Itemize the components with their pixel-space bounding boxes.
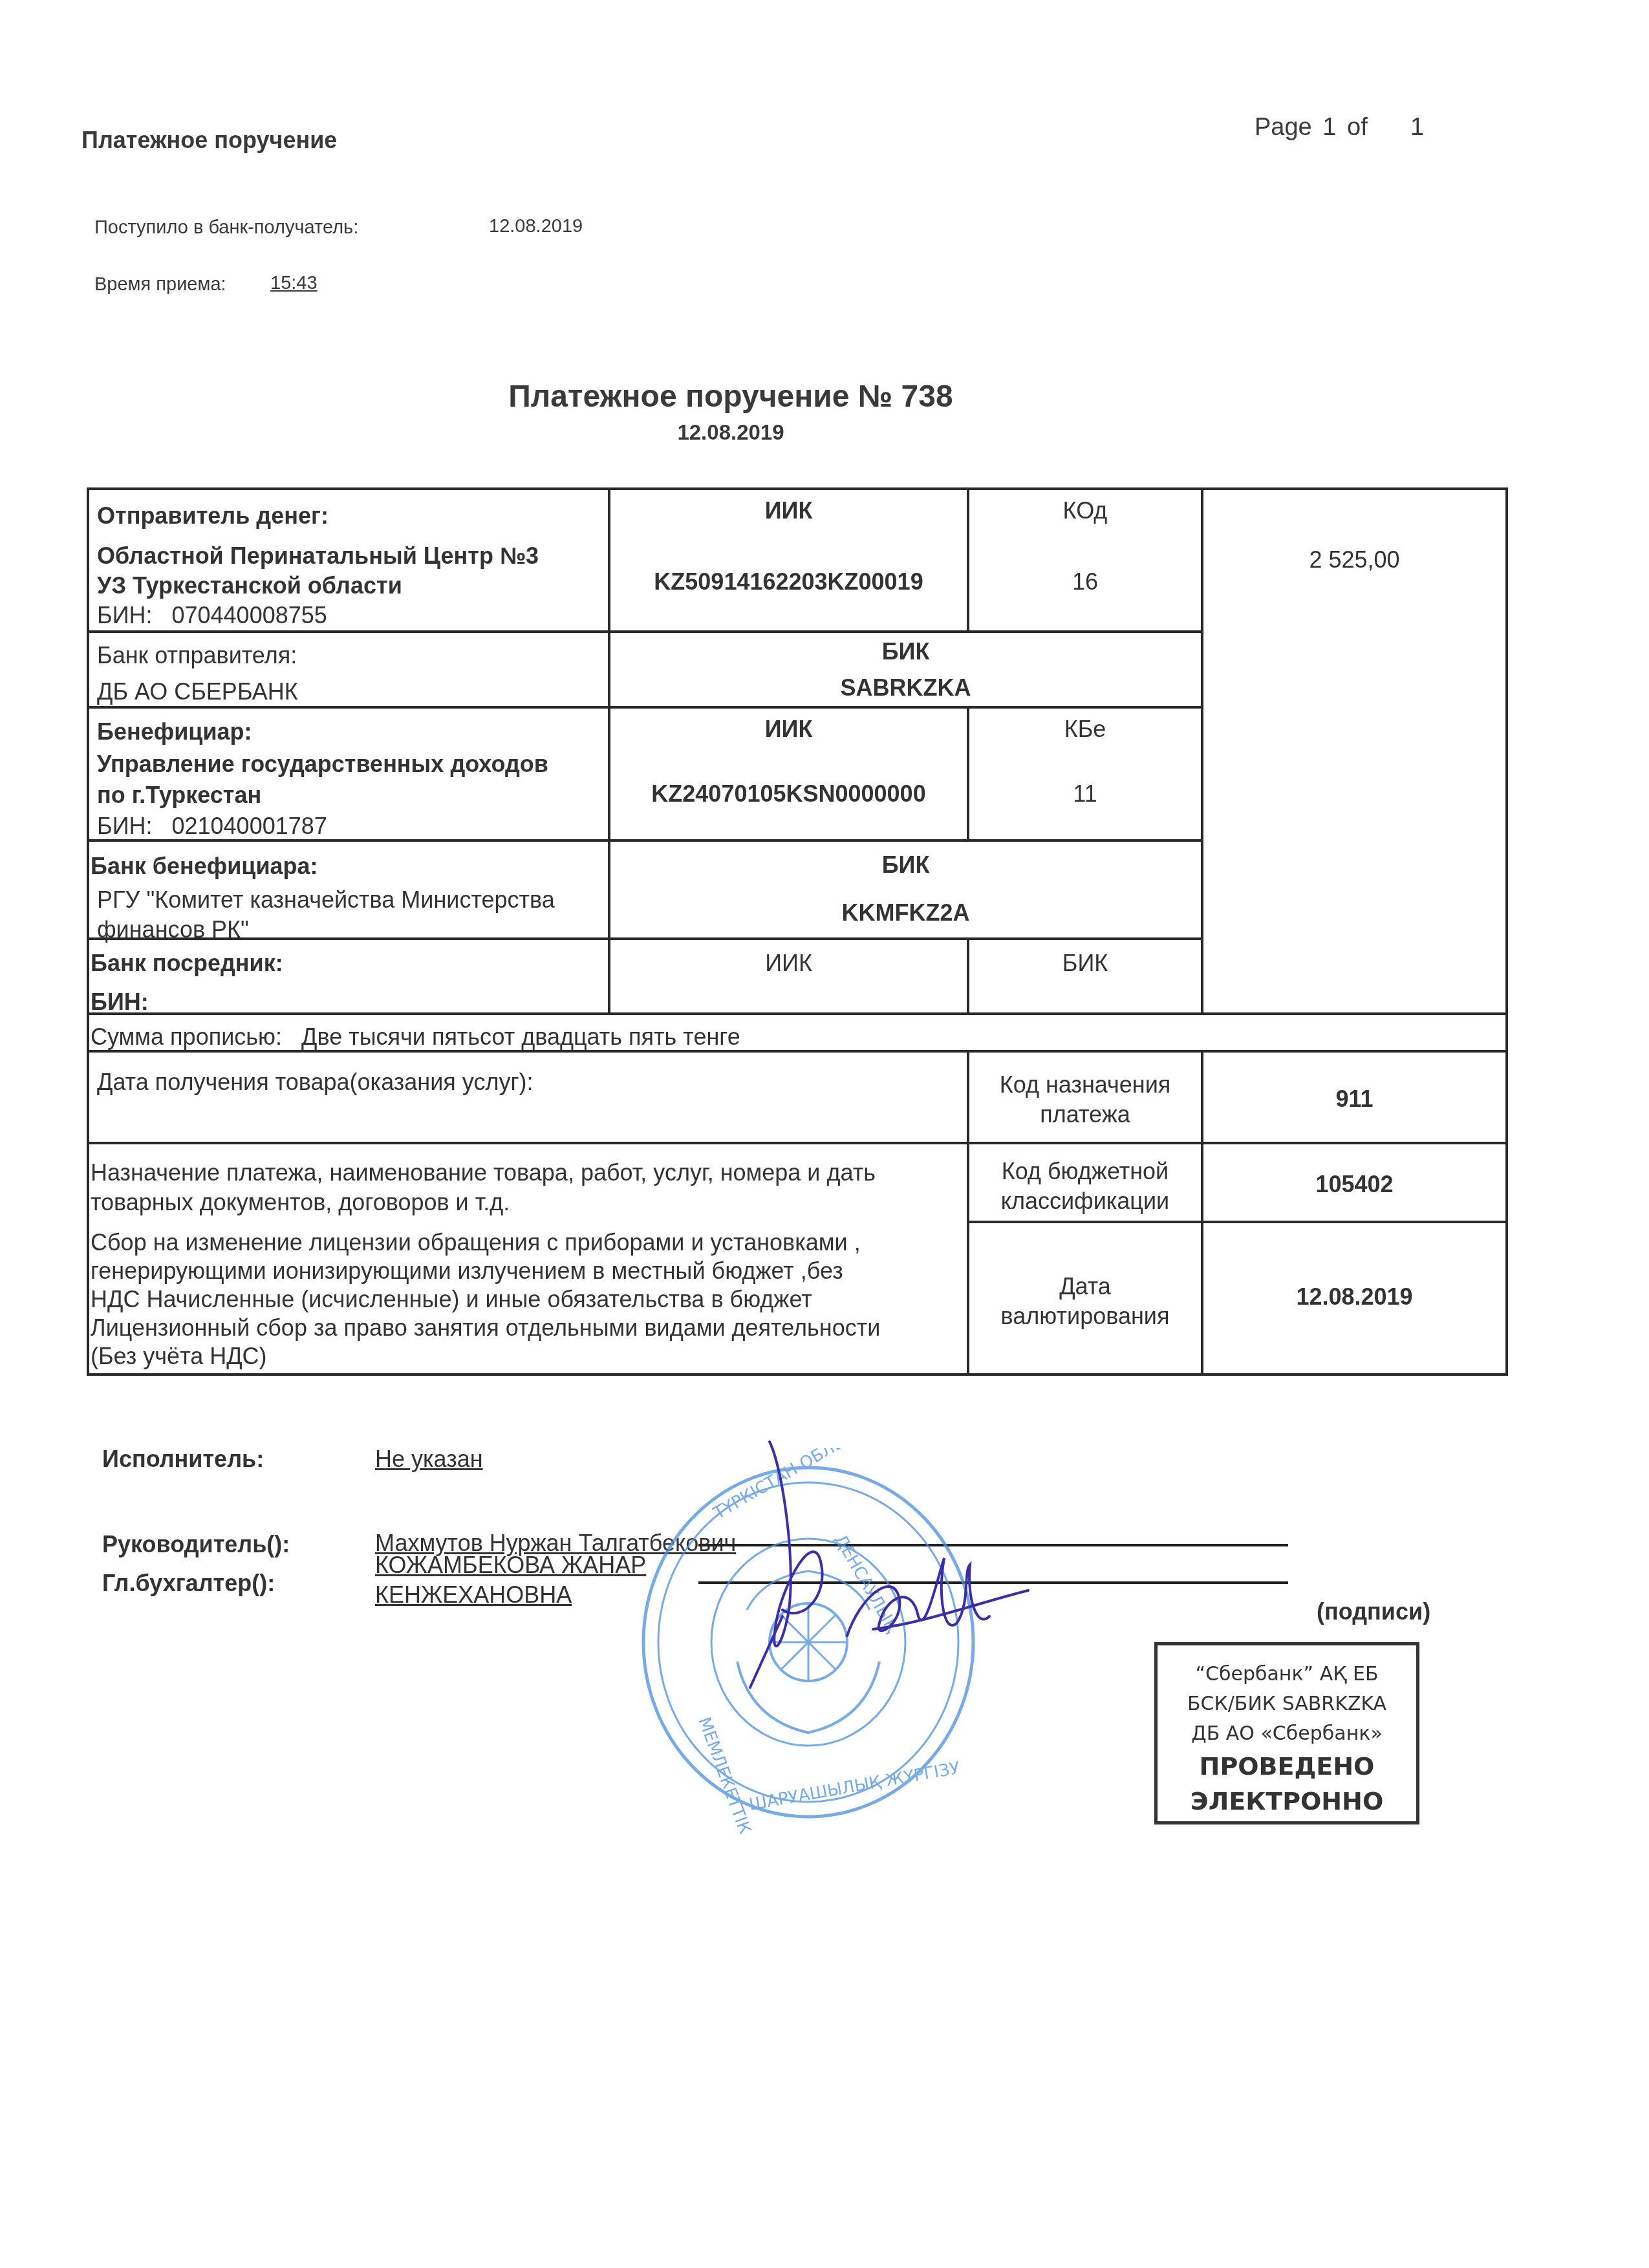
executor-value: Не указан <box>375 1446 483 1473</box>
payment-code-value: 911 <box>1203 1085 1505 1113</box>
page-indicator: Page 1 of 1 <box>1255 114 1424 142</box>
purpose-header-line2: товарных документов, договоров и т.д. <box>91 1188 510 1216</box>
beneficiary-bank-name-line2: финансов РК" <box>97 915 249 943</box>
accountant-value-line1: КОЖАМБЕКОВА ЖАНАР <box>375 1552 646 1579</box>
sender-bin: БИН: 070440008755 <box>97 601 327 629</box>
budget-code-label-2: классификации <box>969 1187 1201 1215</box>
page-label: Page 1 of <box>1255 114 1368 141</box>
time-label: Время приема: <box>94 274 226 295</box>
purpose-header-line1: Назначение платежа, наименование товара,… <box>91 1159 876 1186</box>
svg-text:ШАРУАШЫЛЫҚ ЖҮРГІЗУ: ШАРУАШЫЛЫҚ ЖҮРГІЗУ <box>748 1759 962 1815</box>
sender-bank-name: ДБ АО СБЕРБАНК <box>97 678 298 705</box>
sender-label: Отправитель денег: <box>97 502 329 530</box>
row-divider <box>87 937 1203 940</box>
accountant-label: Гл.бухгалтер(): <box>102 1570 275 1597</box>
sender-bik: SABRKZKA <box>610 674 1201 701</box>
row-divider <box>87 630 1203 633</box>
intermediary-label: Банк посредник: <box>91 949 283 977</box>
col-divider <box>608 487 610 1014</box>
stamp-line-3: ДБ АО «Сбербанк» <box>1158 1719 1416 1749</box>
purpose-text-line: (Без учёта НДС) <box>91 1342 267 1370</box>
delivery-date-label: Дата получения товара(оказания услуг): <box>97 1068 533 1096</box>
sender-bik-label: БИК <box>610 637 1201 665</box>
purpose-text-line: генерирующими ионизирующими излучением в… <box>91 1257 843 1285</box>
beneficiary-name-line1: Управление государственных доходов <box>97 750 548 778</box>
budget-code-value: 105402 <box>1203 1170 1505 1198</box>
beneficiary-bik: KKMFKZ2A <box>610 899 1201 926</box>
purpose-text-line: Лицензионный сбор за право занятия отдел… <box>91 1314 880 1342</box>
beneficiary-iik-label: ИИК <box>610 715 967 743</box>
received-date: 12.08.2019 <box>489 216 583 237</box>
row-divider <box>87 1012 1508 1015</box>
kod-label: КОд <box>969 497 1201 524</box>
document-date: 12.08.2019 <box>0 420 1461 445</box>
stamp-line-5: ЭЛЕКТРОННО <box>1158 1784 1416 1819</box>
purpose-text-line: НДС Начисленные (исчисленные) и иные обя… <box>91 1285 812 1313</box>
sender-name-line1: Областной Перинатальный Центр №3 <box>97 542 539 570</box>
handwritten-signature-icon <box>744 1429 1067 1700</box>
value-date-label-1: Дата <box>969 1272 1201 1300</box>
sender-bin-value: 070440008755 <box>172 602 327 628</box>
value-date-value: 12.08.2019 <box>1203 1283 1505 1311</box>
beneficiary-bank-name-line1: РГУ "Комитет казначейства Министерства <box>97 886 555 914</box>
sender-iik-label: ИИК <box>610 497 967 524</box>
kod-value: 16 <box>969 568 1201 595</box>
beneficiary-iik: KZ24070105KSN0000000 <box>610 780 967 808</box>
sender-bin-label: БИН: <box>97 602 153 628</box>
beneficiary-bin-label: БИН: <box>97 813 153 839</box>
stamp-line-4: ПРОВЕДЕНО <box>1158 1749 1416 1784</box>
row-divider <box>87 1142 1508 1144</box>
beneficiary-bik-label: БИК <box>610 851 1201 879</box>
beneficiary-bin-value: 021040001787 <box>172 813 327 839</box>
header-title: Платежное поручение <box>81 127 337 154</box>
value-date-label-2: валютирования <box>969 1302 1201 1330</box>
intermediary-iik-label: ИИК <box>610 949 967 977</box>
payment-code-label-1: Код назначения <box>969 1071 1201 1098</box>
bank-processed-stamp: “Сбербанк” АҚ ЕБ БСК/БИК SABRKZKA ДБ АО … <box>1154 1642 1419 1824</box>
beneficiary-name-line2: по г.Туркестан <box>97 781 261 809</box>
signatures-caption: (подписи) <box>1317 1598 1430 1625</box>
payment-code-label-2: платежа <box>969 1100 1201 1128</box>
beneficiary-bank-label: Банк бенефициара: <box>91 852 318 880</box>
stamp-line-2: БСК/БИК SABRKZKA <box>1158 1689 1416 1719</box>
kbe-label: КБе <box>969 715 1201 743</box>
amount-words-label: Сумма прописью: <box>91 1023 282 1050</box>
executor-label: Исполнитель: <box>102 1446 264 1473</box>
page-total: 1 <box>1410 114 1424 141</box>
amount-value: 2 525,00 <box>1203 546 1505 573</box>
sender-iik: KZ50914162203KZ00019 <box>610 568 967 595</box>
head-label: Руководитель(): <box>102 1531 290 1558</box>
budget-code-label-1: Код бюджетной <box>969 1157 1201 1185</box>
beneficiary-bin: БИН: 021040001787 <box>97 812 327 840</box>
amount-words-value: Две тысячи пятьсот двадцать пять тенге <box>301 1023 740 1050</box>
row-divider <box>968 1221 1508 1223</box>
sender-bank-label: Банк отправителя: <box>97 641 297 669</box>
time-value: 15:43 <box>270 273 318 294</box>
document-title: Платежное поручение № 738 <box>0 379 1461 414</box>
sender-name-line2: УЗ Туркестанской области <box>97 572 402 599</box>
accountant-value-line2: КЕНЖЕХАНОВНА <box>375 1581 572 1609</box>
stamp-line-1: “Сбербанк” АҚ ЕБ <box>1158 1660 1416 1689</box>
beneficiary-label: Бенефициар: <box>97 718 252 745</box>
amount-words: Сумма прописью: Две тысячи пятьсот двадц… <box>91 1023 740 1051</box>
purpose-text-line: Сбор на изменение лицензии обращения с п… <box>91 1228 861 1256</box>
row-divider <box>87 706 1203 709</box>
intermediary-bik-label: БИК <box>969 949 1201 977</box>
received-label: Поступило в банк-получатель: <box>94 217 358 239</box>
intermediary-bin-label: БИН: <box>91 988 149 1016</box>
kbe-value: 11 <box>969 780 1201 808</box>
